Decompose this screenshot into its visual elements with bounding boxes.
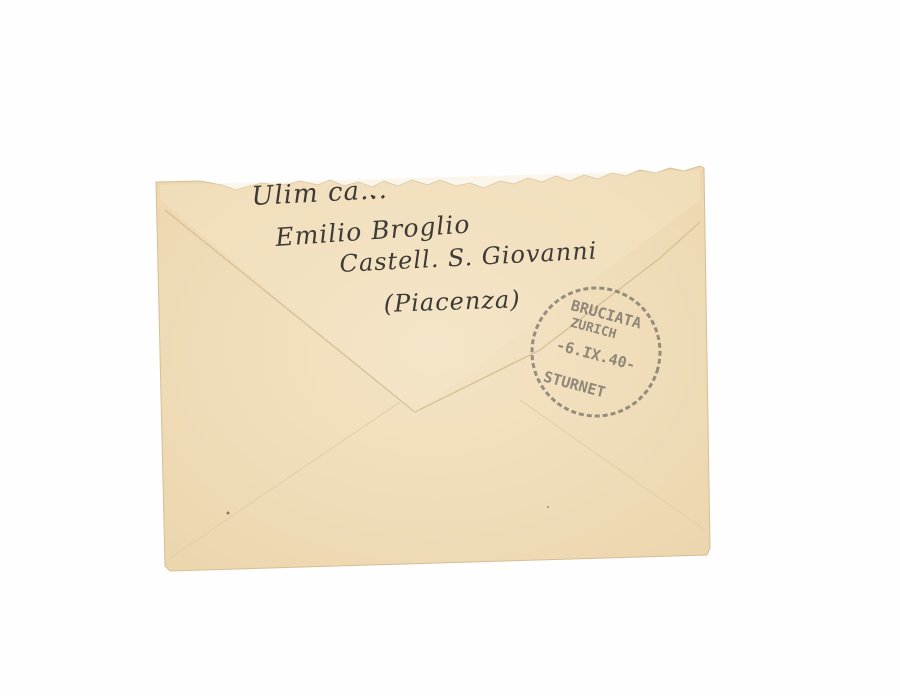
address-line-4: (Piacenza) [383,285,521,318]
envelope-photo: Ulim ca... Emilio Broglio Castell. S. Gi… [0,0,900,696]
